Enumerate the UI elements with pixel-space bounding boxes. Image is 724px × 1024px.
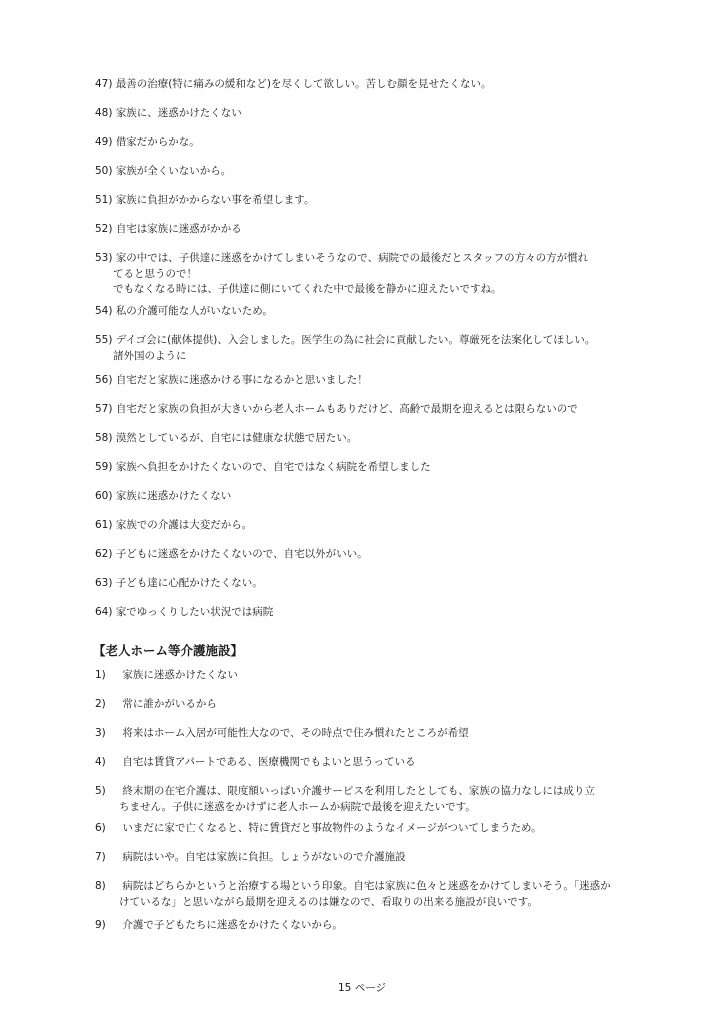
item-number: 62) [95,547,112,563]
list-item-61: 61) 家族での介護は大変だから。 [95,518,635,534]
item-text: 借家だからかな。 [116,136,200,148]
item-number: 57) [95,402,112,418]
item-text: 家族に迷惑かけたくない [122,669,238,681]
item-number: 55) [95,333,112,349]
item-text: 病院はいや。自宅は家族に負担。しょうがないので介護施設 [122,851,405,863]
item-number: 4) [95,755,119,771]
list-item-8: 8) 病院はどちらかというと治療する場という印象。自宅は家族に色々と迷惑をかけて… [95,879,635,910]
list-item-59: 59) 家族へ負担をかけたくないので、自宅ではなく病院を希望しました [95,460,635,476]
item-number: 47) [95,77,112,93]
list-item-7: 7) 病院はいや。自宅は家族に負担。しょうがないので介護施設 [95,850,635,866]
list-item-55: 55) デイゴ会に(献体提供)、入会しました。医学生の為に社会に貢献したい。尊厳… [95,333,635,364]
item-number: 60) [95,489,112,505]
item-text-continued: けているな」と思いながら最期を迎えるのは嫌なので、看取りの出来る施設が良いです。 [95,895,635,911]
item-text: 家でゆっくりしたい状況では病院 [116,606,273,618]
item-number: 59) [95,460,112,476]
item-text: 病院はどちらかというと治療する場という印象。自宅は家族に色々と迷惑をかけてしまい… [122,880,610,892]
item-text-continued: ちません。子供に迷惑をかけずに老人ホームか病院で最後を迎えたいです。 [95,800,635,816]
item-text: 私の介護可能な人がいないため。 [116,305,273,317]
list-item-2: 2) 常に誰かがいるから [95,697,635,713]
list-item-48: 48) 家族に、迷惑かけたくない [95,106,635,122]
list-item-49: 49) 借家だからかな。 [95,135,635,151]
page-number: 15 ページ [0,980,724,995]
list-item-57: 57) 自宅だと家族の負担が大きいから老人ホームもありだけど、高齢で最期を迎える… [95,402,635,418]
item-number: 56) [95,373,112,389]
list-item-4: 4) 自宅は賃貸アパートである、医療機関でもよいと思うっている [95,755,635,771]
item-text: 家族に、迷惑かけたくない [116,107,242,119]
list-item-50: 50) 家族が全くいないから。 [95,164,635,180]
item-text-continued: てると思うので！ [95,267,635,283]
item-text: 自宅は家族に迷惑がかかる [116,223,242,235]
item-number: 50) [95,164,112,180]
item-number: 64) [95,605,112,621]
list-item-47: 47) 最善の治療(特に痛みの緩和など)を尽くして欲しい。苦しむ顔を見せたくない… [95,77,635,93]
item-text: 終末期の在宅介護は、限度額いっぱい介護サービスを利用したとしても、家族の協力なし… [122,785,595,797]
item-text: 子どもに迷惑をかけたくないので、自宅以外がいい。 [116,548,368,560]
item-number: 8) [95,879,119,895]
item-number: 54) [95,304,112,320]
item-text: 家族に迷惑かけたくない [116,490,232,502]
item-number: 2) [95,697,119,713]
list-item-64: 64) 家でゆっくりしたい状況では病院 [95,605,635,621]
list-item-63: 63) 子ども達に心配かけたくない。 [95,576,635,592]
item-text-continued: でもなくなる時には、子供達に側にいてくれた中で最後を静かに迎えたいですね。 [95,282,635,298]
list-item-6: 6) いまだに家で亡くなると、特に賃貸だと事故物件のようなイメージがついてしまう… [95,821,635,837]
item-text: 自宅だと家族の負担が大きいから老人ホームもありだけど、高齢で最期を迎えるとは限ら… [116,403,578,415]
item-number: 1) [95,668,119,684]
item-number: 7) [95,850,119,866]
list-item-54: 54) 私の介護可能な人がいないため。 [95,304,635,320]
list-item-52: 52) 自宅は家族に迷惑がかかる [95,222,635,238]
list-item-5: 5) 終末期の在宅介護は、限度額いっぱい介護サービスを利用したとしても、家族の協… [95,784,635,815]
item-number: 48) [95,106,112,122]
document-page: 47) 最善の治療(特に痛みの緩和など)を尽くして欲しい。苦しむ顔を見せたくない… [0,0,724,1024]
item-number: 6) [95,821,119,837]
item-number: 51) [95,193,112,209]
item-number: 53) [95,251,112,267]
item-number: 61) [95,518,112,534]
item-text: 家族が全くいないから。 [116,165,232,177]
item-text: 子ども達に心配かけたくない。 [116,577,263,589]
list-item-3: 3) 将来はホーム入居が可能性大なので、その時点で住み慣れたところが希望 [95,726,635,742]
item-text: 家族に負担がかからない事を希望します。 [116,194,315,206]
list-item-9: 9) 介護で子どもたちに迷惑をかけたくないから。 [95,918,635,934]
item-number: 3) [95,726,119,742]
list-item-58: 58) 漠然としているが、自宅には健康な状態で居たい。 [95,431,635,447]
item-number: 9) [95,918,119,934]
list-item-60: 60) 家族に迷惑かけたくない [95,489,635,505]
item-text: 自宅は賃貸アパートである、医療機関でもよいと思うっている [122,756,415,768]
list-item-56: 56) 自宅だと家族に迷惑かける事になるかと思いました！ [95,373,635,389]
item-number: 58) [95,431,112,447]
item-text: 常に誰かがいるから [122,698,217,710]
item-text: 自宅だと家族に迷惑かける事になるかと思いました！ [116,374,368,386]
item-text: 介護で子どもたちに迷惑をかけたくないから。 [122,919,343,931]
item-text: 家族での介護は大変だから。 [116,519,253,531]
item-text-continued: 諸外国のように [95,349,635,365]
item-text: 家の中では、子供達に迷惑をかけてしまいそうなので、病院での最後だとスタッフの方々… [116,252,588,264]
item-text: 漠然としているが、自宅には健康な状態で居たい。 [116,432,358,444]
item-text: いまだに家で亡くなると、特に賃貸だと事故物件のようなイメージがついてしまうため。 [122,822,541,834]
item-text: デイゴ会に(献体提供)、入会しました。医学生の為に社会に貢献したい。尊厳死を法案… [116,334,596,346]
list-item-62: 62) 子どもに迷惑をかけたくないので、自宅以外がいい。 [95,547,635,563]
section-heading: 【老人ホーム等介護施設】 [93,643,243,659]
item-number: 49) [95,135,112,151]
list-item-53: 53) 家の中では、子供達に迷惑をかけてしまいそうなので、病院での最後だとスタッ… [95,251,635,298]
item-text: 最善の治療(特に痛みの緩和など)を尽くして欲しい。苦しむ顔を見せたくない。 [116,78,492,90]
item-text: 将来はホーム入居が可能性大なので、その時点で住み慣れたところが希望 [122,727,468,739]
list-item-1: 1) 家族に迷惑かけたくない [95,668,635,684]
item-number: 5) [95,784,119,800]
item-number: 52) [95,222,112,238]
item-number: 63) [95,576,112,592]
item-text: 家族へ負担をかけたくないので、自宅ではなく病院を希望しました [116,461,431,473]
list-item-51: 51) 家族に負担がかからない事を希望します。 [95,193,635,209]
